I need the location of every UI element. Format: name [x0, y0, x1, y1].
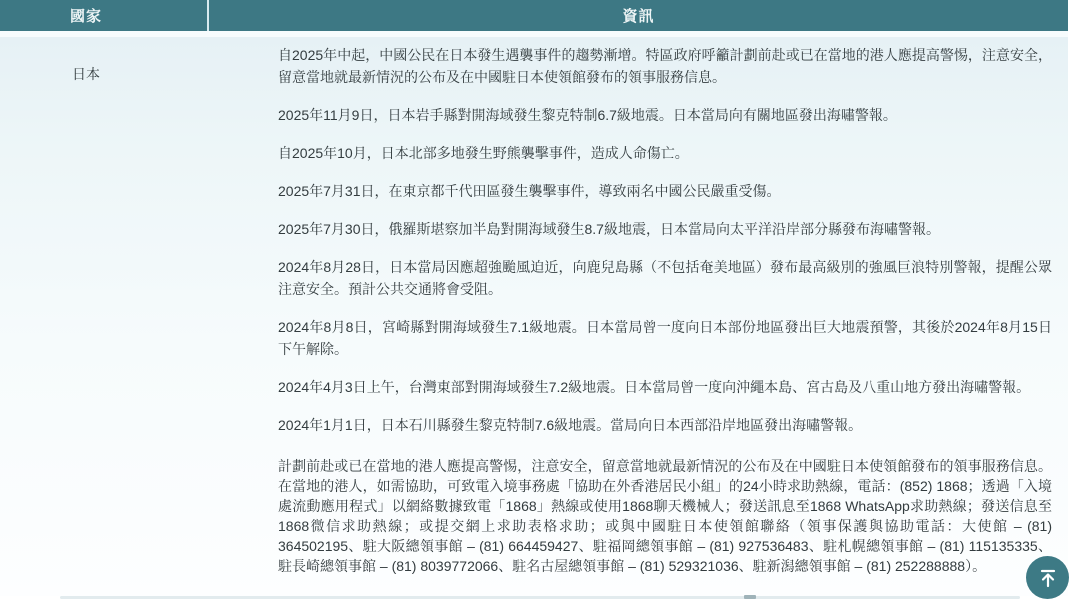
column-header-country: 國家: [0, 0, 207, 31]
advisory-paragraph: 2024年1月1日，日本石川縣發生黎克特制7.6級地震。當局向日本西部沿岸地區發…: [278, 414, 1052, 436]
advisory-paragraph: 2024年8月28日，日本當局因應超強颱風迫近，向鹿兒島縣（不包括奄美地區）發布…: [278, 256, 1052, 300]
next-row-content-peek: [744, 595, 756, 599]
country-cell: 日本: [0, 37, 207, 596]
advisory-table: 國家 資訊 日本 自2025年中起，中國公民在日本發生遇襲事件的趨勢漸增。特區政…: [0, 0, 1068, 600]
advisory-paragraph: 2024年4月3日上午，台灣東部對開海域發生7.2級地震。日本當局曾一度向沖繩本…: [278, 376, 1052, 398]
column-header-info: 資訊: [209, 0, 1068, 31]
advisory-paragraph: 自2025年10月，日本北部多地發生野熊襲擊事件，造成人命傷亡。: [278, 142, 1052, 164]
advisory-paragraph: 2025年11月9日，日本岩手縣對開海域發生黎克特制6.7級地震。日本當局向有關…: [278, 104, 1052, 126]
advisory-paragraph: 2025年7月31日，在東京都千代田區發生襲擊事件，導致兩名中國公民嚴重受傷。: [278, 180, 1052, 202]
table-row-japan: 日本 自2025年中起，中國公民在日本發生遇襲事件的趨勢漸增。特區政府呼籲計劃前…: [0, 37, 1068, 596]
advisory-paragraph: 2025年7月30日，俄羅斯堪察加半島對開海域發生8.7級地震，日本當局向太平洋…: [278, 218, 1052, 240]
info-cell: 自2025年中起，中國公民在日本發生遇襲事件的趨勢漸增。特區政府呼籲計劃前赴或已…: [207, 37, 1068, 596]
next-row-top-edge: [60, 596, 1020, 599]
back-to-top-button[interactable]: [1026, 556, 1069, 599]
arrow-up-to-line-icon: [1036, 566, 1060, 590]
advisory-paragraph: 自2025年中起，中國公民在日本發生遇襲事件的趨勢漸增。特區政府呼籲計劃前赴或已…: [278, 44, 1052, 88]
table-header-row: 國家 資訊: [0, 0, 1068, 31]
contact-assistance-paragraph: 計劃前赴或已在當地的港人應提高警惕，注意安全，留意當地就最新情況的公布及在中國駐…: [278, 456, 1052, 576]
advisory-paragraph: 2024年8月8日，宮崎縣對開海域發生7.1級地震。日本當局曾一度向日本部份地區…: [278, 316, 1052, 360]
